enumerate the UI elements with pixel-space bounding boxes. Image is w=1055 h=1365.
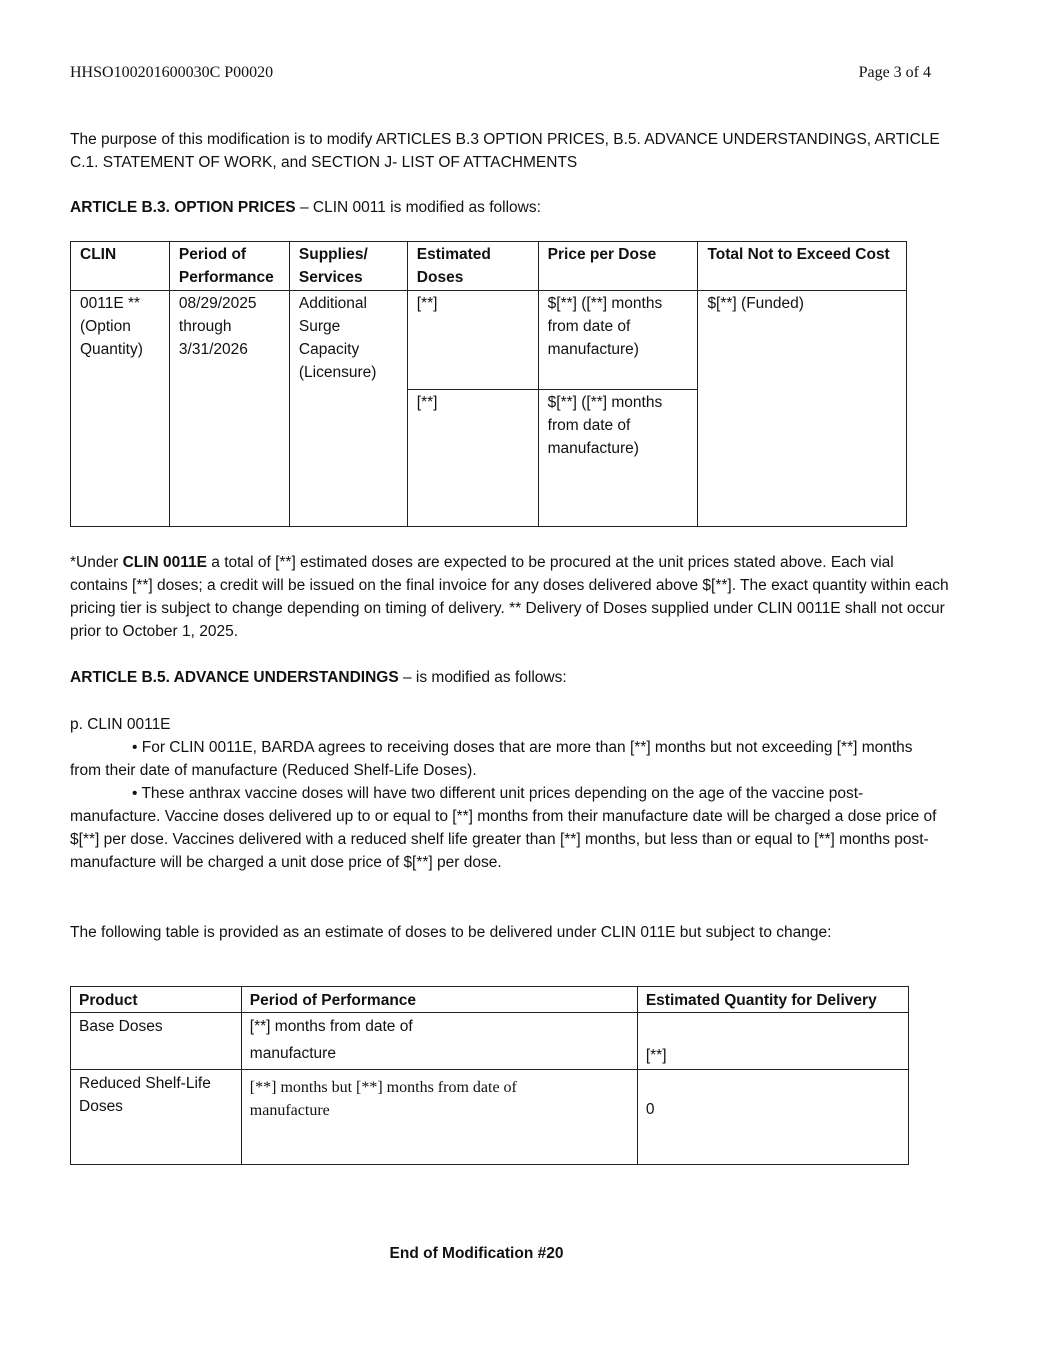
product-cell: Reduced Shelf-Life Doses: [71, 1070, 242, 1165]
option-prices-table: CLIN Period of Performance Supplies/ Ser…: [70, 241, 907, 527]
supplies-cell: Additional Surge Capacity (Licensure): [289, 291, 407, 527]
period-cell: [**] months from date of manufacture: [241, 1013, 637, 1070]
header-total-cost: Total Not to Exceed Cost: [698, 242, 907, 291]
article-b3-heading: ARTICLE B.3. OPTION PRICES – CLIN 0011 i…: [70, 196, 541, 219]
header-price-per-dose: Price per Dose: [538, 242, 698, 291]
advance-understanding-bullets: • For CLIN 0011E, BARDA agrees to receiv…: [70, 736, 940, 874]
article-b3-subtitle: – CLIN 0011 is modified as follows:: [296, 199, 541, 216]
clin-note-paragraph: *Under CLIN 0011E a total of [**] estima…: [70, 551, 950, 643]
header-clin: CLIN: [71, 242, 170, 291]
purpose-paragraph: The purpose of this modification is to m…: [70, 128, 950, 174]
quantity-cell: [**]: [637, 1013, 908, 1070]
period-line: [**] months from date of: [250, 1015, 629, 1038]
period-cell: 08/29/2025 through 3/31/2026: [169, 291, 289, 527]
clin-label: p. CLIN 0011E: [70, 713, 171, 736]
period-cell: [**] months but [**] months from date of…: [241, 1070, 637, 1165]
price-per-dose-cell: $[**] ([**] months from date of manufact…: [538, 390, 698, 527]
estimated-doses-cell: [**]: [407, 291, 538, 390]
page-indicator: Page 3 of 4: [859, 64, 931, 82]
header-period: Period of Performance: [241, 987, 637, 1013]
note-clin-bold: CLIN 0011E: [123, 554, 207, 571]
table-row: Base Doses [**] months from date of manu…: [71, 1013, 909, 1070]
header-product: Product: [71, 987, 242, 1013]
period-line: manufacture: [250, 1099, 629, 1122]
bullet-item: • These anthrax vaccine doses will have …: [70, 782, 940, 874]
quantity-cell: 0: [637, 1070, 908, 1165]
article-b5-heading: ARTICLE B.5. ADVANCE UNDERSTANDINGS – is…: [70, 666, 567, 689]
end-of-modification: End of Modification #20: [0, 1242, 953, 1265]
total-cost-cell: $[**] (Funded): [698, 291, 907, 527]
note-prefix: *Under: [70, 554, 123, 571]
table-row: Reduced Shelf-Life Doses [**] months but…: [71, 1070, 909, 1165]
table-header-row: CLIN Period of Performance Supplies/ Ser…: [71, 242, 907, 291]
header-period: Period of Performance: [169, 242, 289, 291]
clin-cell: 0011E **(Option Quantity): [71, 291, 170, 527]
estimated-doses-cell: [**]: [407, 390, 538, 527]
contract-number: HHSO100201600030C P00020: [70, 64, 273, 82]
article-b5-subtitle: – is modified as follows:: [399, 669, 567, 686]
article-b3-title: ARTICLE B.3. OPTION PRICES: [70, 199, 296, 216]
period-line: manufacture: [250, 1042, 629, 1065]
estimated-delivery-table: Product Period of Performance Estimated …: [70, 986, 909, 1165]
table-intro-paragraph: The following table is provided as an es…: [70, 921, 890, 944]
price-per-dose-cell: $[**] ([**] months from date of manufact…: [538, 291, 698, 390]
period-line: [**] months but [**] months from date of: [250, 1076, 629, 1099]
header-supplies: Supplies/ Services: [289, 242, 407, 291]
product-cell: Base Doses: [71, 1013, 242, 1070]
table-header-row: Product Period of Performance Estimated …: [71, 987, 909, 1013]
header-quantity: Estimated Quantity for Delivery: [637, 987, 908, 1013]
bullet-item: • For CLIN 0011E, BARDA agrees to receiv…: [70, 736, 940, 782]
header-estimated-doses: Estimated Doses: [407, 242, 538, 291]
article-b5-title: ARTICLE B.5. ADVANCE UNDERSTANDINGS: [70, 669, 399, 686]
table-row: 0011E **(Option Quantity) 08/29/2025 thr…: [71, 291, 907, 390]
